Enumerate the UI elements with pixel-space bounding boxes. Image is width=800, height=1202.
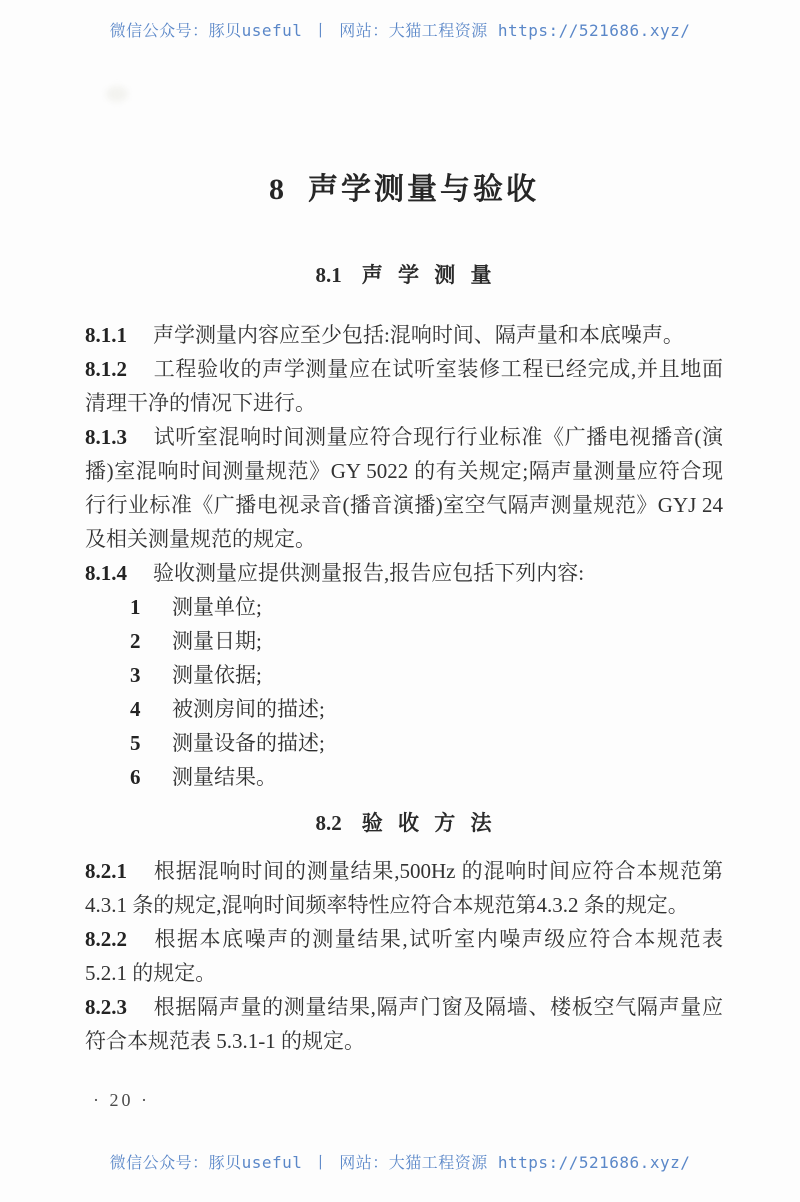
clause-8-1-3: 8.1.3试听室混响时间测量应符合现行行业标准《广播电视播音(演播)室混响时间测… bbox=[85, 420, 723, 556]
section-title-text: 验 收 方 法 bbox=[362, 811, 493, 835]
clause-text: 声学测量内容应至少包括:混响时间、隔声量和本底噪声。 bbox=[153, 323, 684, 347]
clause-number: 8.1.4 bbox=[85, 561, 127, 585]
list-item: 3测量依据; bbox=[85, 658, 723, 692]
document-page: 微信公众号：豚贝useful 丨 网站：大猫工程资源 https://52168… bbox=[0, 0, 800, 1202]
watermark-header: 微信公众号：豚贝useful 丨 网站：大猫工程资源 https://52168… bbox=[0, 18, 800, 41]
clause-number: 8.2.2 bbox=[85, 927, 127, 951]
watermark-header-text: 微信公众号：豚贝useful 丨 网站：大猫工程资源 https://52168… bbox=[110, 21, 691, 40]
section-number: 8.2 bbox=[316, 811, 342, 835]
clause-8-1-4: 8.1.4验收测量应提供测量报告,报告应包括下列内容: bbox=[85, 556, 723, 590]
list-item: 4被测房间的描述; bbox=[85, 692, 723, 726]
chapter-number: 8 bbox=[269, 173, 284, 206]
clause-text: 根据本底噪声的测量结果,试听室内噪声级应符合本规范表 5.2.1 的规定。 bbox=[85, 927, 723, 985]
clause-number: 8.1.2 bbox=[85, 357, 127, 381]
report-items-list: 1测量单位; 2测量日期; 3测量依据; 4被测房间的描述; 5测量设备的描述;… bbox=[85, 590, 723, 794]
clause-text: 根据隔声量的测量结果,隔声门窗及隔墙、楼板空气隔声量应符合本规范表 5.3.1-… bbox=[85, 995, 723, 1053]
clause-number: 8.2.1 bbox=[85, 859, 127, 883]
clause-text: 验收测量应提供测量报告,报告应包括下列内容: bbox=[153, 561, 584, 585]
clause-text: 根据混响时间的测量结果,500Hz 的混响时间应符合本规范第 4.3.1 条的规… bbox=[85, 859, 723, 917]
list-item: 6测量结果。 bbox=[85, 760, 723, 794]
clause-number: 8.2.3 bbox=[85, 995, 127, 1019]
list-item-number: 3 bbox=[130, 658, 146, 692]
section-number: 8.1 bbox=[316, 263, 342, 287]
clause-number: 8.1.1 bbox=[85, 323, 127, 347]
clause-8-2-1: 8.2.1根据混响时间的测量结果,500Hz 的混响时间应符合本规范第 4.3.… bbox=[85, 854, 723, 922]
clause-number: 8.1.3 bbox=[85, 425, 127, 449]
page-content: 8声学测量与验收 8.1声 学 测 量 8.1.1声学测量内容应至少包括:混响时… bbox=[85, 168, 723, 1058]
list-item-text: 测量结果。 bbox=[172, 760, 277, 794]
clause-text: 工程验收的声学测量应在试听室装修工程已经完成,并且地面清理干净的情况下进行。 bbox=[85, 357, 723, 415]
scan-artifact bbox=[106, 86, 128, 102]
clause-text: 试听室混响时间测量应符合现行行业标准《广播电视播音(演播)室混响时间测量规范》G… bbox=[85, 425, 723, 551]
list-item-number: 2 bbox=[130, 624, 146, 658]
list-item-text: 测量单位; bbox=[172, 590, 262, 624]
clause-8-1-1: 8.1.1声学测量内容应至少包括:混响时间、隔声量和本底噪声。 bbox=[85, 318, 723, 352]
list-item: 2测量日期; bbox=[85, 624, 723, 658]
list-item-number: 5 bbox=[130, 726, 146, 760]
list-item-text: 测量设备的描述; bbox=[172, 726, 325, 760]
page-number: · 20 · bbox=[93, 1090, 150, 1111]
clause-8-2-2: 8.2.2根据本底噪声的测量结果,试听室内噪声级应符合本规范表 5.2.1 的规… bbox=[85, 922, 723, 990]
chapter-heading: 8声学测量与验收 bbox=[85, 168, 723, 212]
chapter-title-text: 声学测量与验收 bbox=[308, 173, 539, 206]
section-title-text: 声 学 测 量 bbox=[362, 263, 493, 287]
clause-8-2-3: 8.2.3根据隔声量的测量结果,隔声门窗及隔墙、楼板空气隔声量应符合本规范表 5… bbox=[85, 990, 723, 1058]
list-item-number: 4 bbox=[130, 692, 146, 726]
list-item-number: 1 bbox=[130, 590, 146, 624]
section-heading-8-1: 8.1声 学 测 量 bbox=[85, 260, 723, 290]
clause-8-1-2: 8.1.2工程验收的声学测量应在试听室装修工程已经完成,并且地面清理干净的情况下… bbox=[85, 352, 723, 420]
list-item-text: 被测房间的描述; bbox=[172, 692, 325, 726]
list-item: 5测量设备的描述; bbox=[85, 726, 723, 760]
list-item-text: 测量依据; bbox=[172, 658, 262, 692]
section-heading-8-2: 8.2验 收 方 法 bbox=[85, 808, 723, 838]
list-item-text: 测量日期; bbox=[172, 624, 262, 658]
watermark-footer-text: 微信公众号：豚贝useful 丨 网站：大猫工程资源 https://52168… bbox=[110, 1153, 691, 1172]
list-item: 1测量单位; bbox=[85, 590, 723, 624]
list-item-number: 6 bbox=[130, 760, 146, 794]
watermark-footer: 微信公众号：豚贝useful 丨 网站：大猫工程资源 https://52168… bbox=[0, 1150, 800, 1173]
